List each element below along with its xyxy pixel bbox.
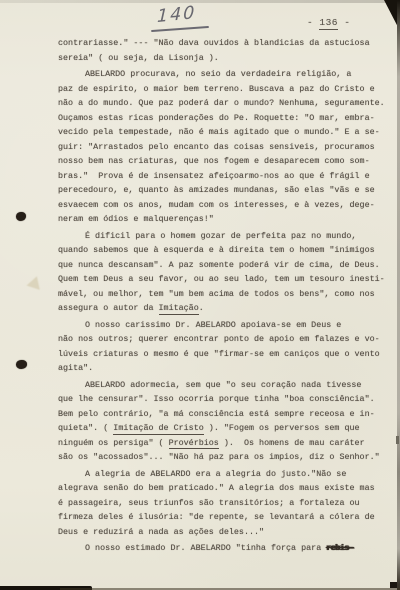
- text-segment: Bem pelo contrário, "a má consciência es…: [58, 409, 375, 419]
- text-line: Ouçamos estas ricas ponderações do Pe. R…: [58, 111, 396, 126]
- text-line: esvaecem com os anos, mudam com os inter…: [58, 198, 396, 213]
- text-segment: ABELARDO procurava, no seio da verdadeir…: [85, 69, 351, 79]
- text-line: É dificil para o homem gozar de perfeita…: [58, 229, 396, 244]
- text-line: quieta". ( Imitação de Cristo ). "Fogem …: [58, 421, 396, 436]
- text-segment: guir: "Arrastados pelo encanto das coisa…: [58, 142, 375, 152]
- text-line: que lhe censurar". Isso ocorria porque t…: [58, 392, 396, 407]
- text-segment: é passageira, seus triunfos são transitó…: [58, 498, 360, 508]
- text-line: mável, ou melhor, tem "um bem acima de t…: [58, 287, 396, 302]
- text-segment: nosso bem nas criaturas, que nos fogem e…: [58, 156, 370, 166]
- text-line: é passageira, seus triunfos são transitó…: [58, 496, 396, 511]
- struck-out-text: rebis—: [326, 543, 353, 553]
- text-line: não nos outros; querer encontrar ponto d…: [58, 332, 396, 347]
- paper-crease-mark: [26, 274, 43, 290]
- paper-page: 140 - 136 - contrariasse." --- "Não dava…: [0, 0, 400, 590]
- text-segment: .: [199, 303, 204, 313]
- text-line: perecedouro, e, quanto às amizades munda…: [58, 183, 396, 198]
- underlined-text: Imitação de Cristo: [113, 423, 203, 435]
- text-line: nosso bem nas criaturas, que nos fogem e…: [58, 154, 396, 169]
- text-line: que nunca descansam". A paz somente pode…: [58, 258, 396, 273]
- text-segment: agita".: [58, 363, 93, 373]
- text-segment: ). "Fogem os perversos sem que: [204, 423, 360, 433]
- text-segment: Quem tem Deus a seu favor, ou ao seu lad…: [58, 274, 385, 284]
- text-line: são os "acossados"... "Não há paz para o…: [58, 450, 396, 465]
- scanned-document-screenshot: { "colors": { "paper": "#ebe8db", "typew…: [0, 0, 400, 590]
- text-line: guir: "Arrastados pelo encanto das coisa…: [58, 140, 396, 155]
- typed-page-number: - 136 -: [307, 17, 350, 28]
- text-segment: contrariasse." --- "Não dava ouvidos à b…: [58, 38, 370, 48]
- text-segment: assegura o autor da: [58, 303, 159, 313]
- text-line: vecido pela tempestade, não é mais agita…: [58, 125, 396, 140]
- text-segment: perecedouro, e, quanto às amizades munda…: [58, 185, 375, 195]
- text-line: firmeza deles é ilusória: "de repente, s…: [58, 510, 396, 525]
- text-line: ABELARDO procurava, no seio da verdadeir…: [58, 67, 396, 82]
- text-segment: não a do mundo. Que paz poderá dar o mun…: [58, 98, 385, 108]
- text-segment: que lhe censurar". Isso ocorria porque t…: [58, 394, 375, 404]
- text-line: lúveis criaturas o mesmo é que "firmar-s…: [58, 347, 396, 362]
- text-segment: neram em ódios e malquerenças!": [58, 214, 214, 224]
- text-line: alegrava senão do bem praticado." A aleg…: [58, 481, 396, 496]
- text-line: sereia" ( ou seja, da Lisonja ).: [58, 51, 396, 66]
- underlined-text: Imitação: [159, 303, 199, 315]
- text-segment: O nosso carissimo Dr. ABELARDO apoiava-s…: [85, 320, 341, 330]
- text-segment: ). Os homens de mau caráter: [219, 438, 365, 448]
- text-segment: ninguém os persiga" (: [58, 438, 169, 448]
- text-segment: esvaecem com os anos, mudam com os inter…: [58, 200, 375, 210]
- text-line: Bem pelo contrário, "a má consciência es…: [58, 407, 396, 422]
- text-segment: sereia" ( ou seja, da Lisonja ).: [58, 53, 219, 63]
- underlined-text: Provérbios: [169, 438, 219, 450]
- typewritten-text: contrariasse." --- "Não dava ouvidos à b…: [58, 36, 396, 556]
- text-line: Deus e reduzirá a nada as ações deles...…: [58, 525, 396, 540]
- text-segment: ABELARDO adormecia, sem que "o seu coraç…: [85, 380, 361, 390]
- text-line: O nosso estimado Dr. ABELARDO "tinha for…: [58, 541, 396, 556]
- scan-edge-mark: [396, 436, 399, 444]
- text-segment: A alegria de ABELARDO era a alegria do j…: [85, 469, 346, 479]
- text-line: agita".: [58, 361, 396, 376]
- text-line: quando sabemos que à esquerda e à direit…: [58, 243, 396, 258]
- text-line: neram em ódios e malquerenças!": [58, 212, 396, 227]
- page-number-dash-right: -: [338, 17, 350, 28]
- text-line: paz de espirito, o maior bem terreno. Bu…: [58, 82, 396, 97]
- text-segment: lúveis criaturas o mesmo é que "firmar-s…: [58, 349, 380, 359]
- ink-dot: [16, 212, 26, 221]
- text-segment: firmeza deles é ilusória: "de repente, s…: [58, 512, 375, 522]
- text-segment: Ouçamos estas ricas ponderações do Pe. R…: [58, 113, 375, 123]
- text-segment: que nunca descansam". A paz somente pode…: [58, 260, 380, 270]
- text-line: assegura o autor da Imitação.: [58, 301, 396, 316]
- text-line: O nosso carissimo Dr. ABELARDO apoiava-s…: [58, 318, 396, 333]
- text-segment: não nos outros; querer encontrar ponto d…: [58, 334, 380, 344]
- scan-corner-blob: [390, 582, 397, 588]
- page-number-value: 136: [319, 17, 338, 30]
- text-line: contrariasse." --- "Não dava ouvidos à b…: [58, 36, 396, 51]
- text-segment: quando sabemos que à esquerda e à direit…: [58, 245, 375, 255]
- text-segment: mável, ou melhor, tem "um bem acima de t…: [58, 289, 375, 299]
- ink-dot: [16, 360, 27, 369]
- text-segment: são os "acossados"... "Não há paz para o…: [58, 452, 380, 462]
- page-number-dash-left: -: [307, 17, 319, 28]
- text-line: ninguém os persiga" ( Provérbios ). Os h…: [58, 436, 396, 451]
- text-segment: paz de espirito, o maior bem terreno. Bu…: [58, 84, 375, 94]
- text-segment: vecido pela tempestade, não é mais agita…: [58, 127, 380, 137]
- text-line: bras." Prova é de insensatez afeiçoarmo-…: [58, 169, 396, 184]
- text-segment: O nosso estimado Dr. ABELARDO "tinha for…: [85, 543, 326, 553]
- text-line: não a do mundo. Que paz poderá dar o mun…: [58, 96, 396, 111]
- text-segment: Deus e reduzirá a nada as ações deles...…: [58, 527, 264, 537]
- text-line: Quem tem Deus a seu favor, ou ao seu lad…: [58, 272, 396, 287]
- text-segment: bras." Prova é de insensatez afeiçoarmo-…: [58, 171, 370, 181]
- text-segment: alegrava senão do bem praticado." A aleg…: [58, 483, 375, 493]
- text-segment: É dificil para o homem gozar de perfeita…: [85, 231, 356, 241]
- text-segment: quieta". (: [58, 423, 113, 433]
- text-line: A alegria de ABELARDO era a alegria do j…: [58, 467, 396, 482]
- text-line: ABELARDO adormecia, sem que "o seu coraç…: [58, 378, 396, 393]
- scan-top-edge: [0, 0, 386, 3]
- handwritten-folio-number: 140: [157, 3, 197, 27]
